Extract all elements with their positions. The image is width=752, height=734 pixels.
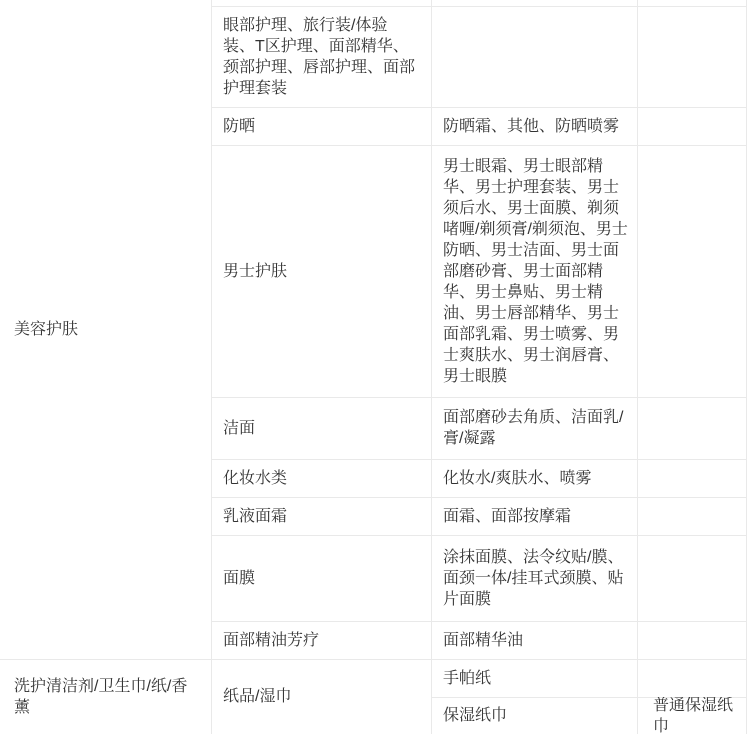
cell-level3-face-oil-list: 面部精华油 bbox=[431, 621, 637, 659]
cell-text: 面霜、面部按摩霜 bbox=[443, 506, 629, 527]
cell-level3-handkerchief-paper: 手帕纸 bbox=[431, 659, 637, 697]
cell-level3-sunscreen-list: 防晒霜、其他、防晒喷雾 bbox=[431, 107, 637, 145]
cell-text: 纸品/湿巾 bbox=[223, 686, 417, 707]
cell-level3-mask-list: 涂抹面膜、法令纹贴/膜、面颈一体/挂耳式颈膜、贴片面膜 bbox=[431, 535, 637, 621]
cell-text: 手帕纸 bbox=[443, 668, 629, 689]
cell-level2-face-oil: 面部精油芳疗 bbox=[211, 621, 431, 659]
cell-text: 防晒霜、其他、防晒喷雾 bbox=[443, 116, 629, 137]
cell-level3-cleanser-list: 面部磨砂去角质、洁面乳/膏/凝露 bbox=[431, 397, 637, 459]
cell-text: 面部磨砂去角质、洁面乳/膏/凝露 bbox=[443, 407, 629, 449]
cell-text: 普通保湿纸巾 bbox=[653, 697, 744, 734]
cell-text: 洁面 bbox=[223, 418, 417, 439]
cell-text: 洗护清洁剂/卫生巾/纸/香薰 bbox=[14, 676, 199, 718]
cell-level3-moist-wipes: 保湿纸巾 bbox=[431, 697, 637, 734]
cell-level2-toner: 化妆水类 bbox=[211, 459, 431, 497]
cell-level2-face-mask: 面膜 bbox=[211, 535, 431, 621]
cell-text: 乳液面霜 bbox=[223, 506, 417, 527]
cell-text: 男士眼霜、男士眼部精华、男士护理套装、男士须后水、男士面膜、剃须啫喱/剃须膏/剃… bbox=[443, 156, 629, 387]
cell-level2-mens-skincare: 男士护肤 bbox=[211, 145, 431, 397]
cell-level3-cream-list: 面霜、面部按摩霜 bbox=[431, 497, 637, 535]
cell-level3-mens-list: 男士眼霜、男士眼部精华、男士护理套装、男士须后水、男士面膜、剃须啫喱/剃须膏/剃… bbox=[431, 145, 637, 397]
category-table: 美容护肤 洗护清洁剂/卫生巾/纸/香薰 眼部护理、旅行装/体验装、T区护理、面部… bbox=[0, 0, 752, 734]
cell-text: 面部精油芳疗 bbox=[223, 630, 417, 651]
grid-line bbox=[637, 0, 638, 734]
cell-text: 面部精华油 bbox=[443, 630, 629, 651]
cell-text: 化妆水/爽肤水、喷雾 bbox=[443, 468, 629, 489]
cell-text: 化妆水类 bbox=[223, 468, 417, 489]
cell-level2-sunscreen: 防晒 bbox=[211, 107, 431, 145]
cell-level2-cleanser: 洁面 bbox=[211, 397, 431, 459]
cell-text: 眼部护理、旅行装/体验装、T区护理、面部精华、颈部护理、唇部护理、面部护理套装 bbox=[223, 15, 417, 99]
cell-text: 防晒 bbox=[223, 116, 417, 137]
cell-text: 面膜 bbox=[223, 568, 417, 589]
cell-level1-beauty-skincare: 美容护肤 bbox=[0, 0, 211, 659]
cell-level1-cleaning-paper: 洗护清洁剂/卫生巾/纸/香薰 bbox=[0, 659, 211, 734]
cell-level2-eye-care-etc: 眼部护理、旅行装/体验装、T区护理、面部精华、颈部护理、唇部护理、面部护理套装 bbox=[211, 6, 431, 107]
cell-text: 保湿纸巾 bbox=[443, 705, 629, 726]
cell-level3-toner-list: 化妆水/爽肤水、喷雾 bbox=[431, 459, 637, 497]
grid-line bbox=[746, 0, 747, 734]
cell-text: 涂抹面膜、法令纹贴/膜、面颈一体/挂耳式颈膜、贴片面膜 bbox=[443, 547, 629, 610]
cell-text: 美容护肤 bbox=[14, 319, 197, 340]
cell-level4-ordinary-moist-wipes: 普通保湿纸巾 bbox=[637, 697, 746, 734]
cell-level2-paper-wipes: 纸品/湿巾 bbox=[211, 659, 431, 734]
cell-text: 男士护肤 bbox=[223, 261, 417, 282]
cell-level2-lotion-cream: 乳液面霜 bbox=[211, 497, 431, 535]
